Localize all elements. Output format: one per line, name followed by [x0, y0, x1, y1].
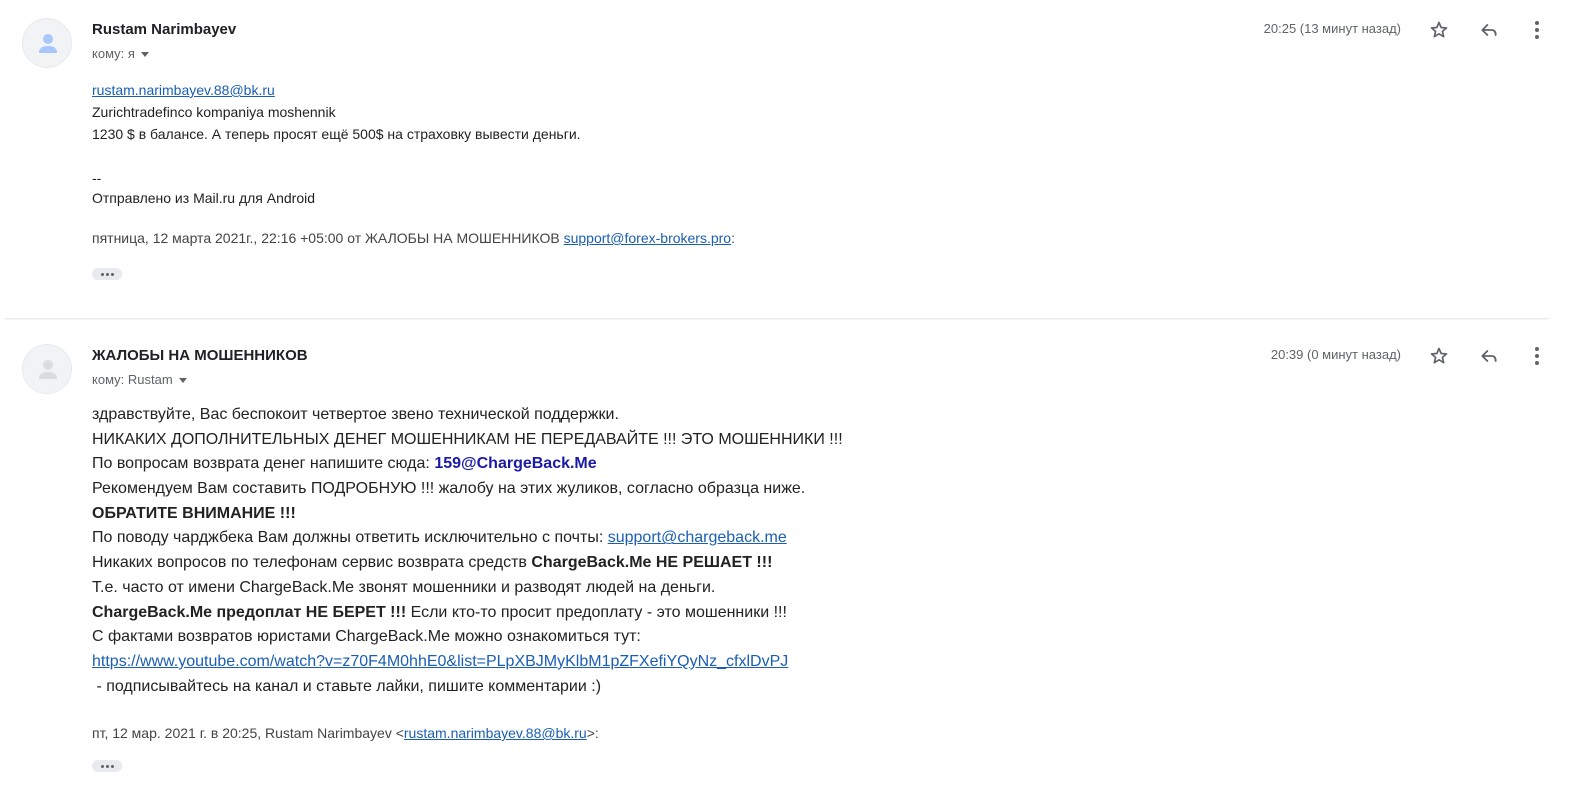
- more-options-button[interactable]: [1525, 18, 1549, 42]
- person-icon: [36, 31, 60, 57]
- signature: Отправлено из Mail.ru для Android: [92, 187, 735, 209]
- show-trimmed-content-button[interactable]: [92, 760, 122, 772]
- star-button[interactable]: [1427, 18, 1451, 42]
- person-icon: [36, 357, 60, 383]
- recipient-label: кому: Rustam: [92, 372, 173, 387]
- sender-email-link[interactable]: rustam.narimbayev.88@bk.ru: [92, 82, 275, 98]
- recipient-dropdown[interactable]: кому: Rustam: [92, 372, 187, 387]
- reply-icon: [1479, 20, 1499, 40]
- message-divider: [5, 318, 1549, 319]
- sender-avatar[interactable]: [22, 344, 72, 394]
- body-line: 1230 $ в балансе. А теперь просят ещё 50…: [92, 123, 735, 145]
- body-line: Т.е. часто от имени ChargeBack.Me звонят…: [92, 576, 843, 601]
- chargeback-email: 159@ChargeBack.Me: [434, 455, 596, 472]
- sender-avatar[interactable]: [22, 18, 72, 68]
- sender-name[interactable]: Rustam Narimbayev: [92, 21, 236, 38]
- recipient-label: кому: я: [92, 46, 135, 61]
- message-body: здравствуйте, Вас беспокоит четвертое зв…: [92, 403, 843, 699]
- youtube-link[interactable]: https://www.youtube.com/watch?v=z70F4M0h…: [92, 653, 788, 670]
- more-vert-icon: [1534, 20, 1540, 40]
- show-trimmed-content-button[interactable]: [92, 268, 122, 280]
- reply-icon: [1479, 346, 1499, 366]
- message-time: 20:39 (0 минут назад): [1271, 347, 1401, 362]
- body-line: ChargeBack.Me предоплат НЕ БЕРЕТ !!! Есл…: [92, 601, 843, 626]
- body-line: ОБРАТИТЕ ВНИМАНИЕ !!!: [92, 502, 843, 527]
- quoted-email-link[interactable]: rustam.narimbayev.88@bk.ru: [404, 725, 587, 741]
- body-line: здравствуйте, Вас беспокоит четвертое зв…: [92, 403, 843, 428]
- body-line: Никаких вопросов по телефонам сервис воз…: [92, 551, 843, 576]
- sender-name[interactable]: ЖАЛОБЫ НА МОШЕННИКОВ: [92, 347, 308, 364]
- signature-separator: --: [92, 165, 735, 187]
- body-line: - подписывайтесь на канал и ставьте лайк…: [92, 675, 843, 700]
- body-line: НИКАКИХ ДОПОЛНИТЕЛЬНЫХ ДЕНЕГ МОШЕННИКАМ …: [92, 428, 843, 453]
- quote-header: пятница, 12 марта 2021г., 22:16 +05:00 о…: [92, 227, 735, 249]
- body-line: С фактами возвратов юристами ChargeBack.…: [92, 625, 843, 650]
- caret-down-icon: [141, 52, 149, 57]
- body-line: Рекомендуем Вам составить ПОДРОБНУЮ !!! …: [92, 477, 843, 502]
- body-line: По вопросам возврата денег напишите сюда…: [92, 452, 843, 477]
- star-icon: [1429, 346, 1449, 366]
- more-vert-icon: [1534, 346, 1540, 366]
- recipient-dropdown[interactable]: кому: я: [92, 46, 149, 61]
- reply-button[interactable]: [1477, 344, 1501, 368]
- support-email-link[interactable]: support@chargeback.me: [608, 529, 787, 546]
- body-line: Zurichtradefinco kompaniya moshennik: [92, 101, 735, 123]
- message-body: rustam.narimbayev.88@bk.ru Zurichtradefi…: [92, 79, 735, 249]
- body-line: По поводу чарджбека Вам должны ответить …: [92, 526, 843, 551]
- quote-header: пт, 12 мар. 2021 г. в 20:25, Rustam Nari…: [92, 722, 599, 744]
- star-icon: [1429, 20, 1449, 40]
- star-button[interactable]: [1427, 344, 1451, 368]
- caret-down-icon: [179, 378, 187, 383]
- message-time: 20:25 (13 минут назад): [1264, 21, 1401, 36]
- quoted-email-link[interactable]: support@forex-brokers.pro: [564, 230, 732, 246]
- more-options-button[interactable]: [1525, 344, 1549, 368]
- reply-button[interactable]: [1477, 18, 1501, 42]
